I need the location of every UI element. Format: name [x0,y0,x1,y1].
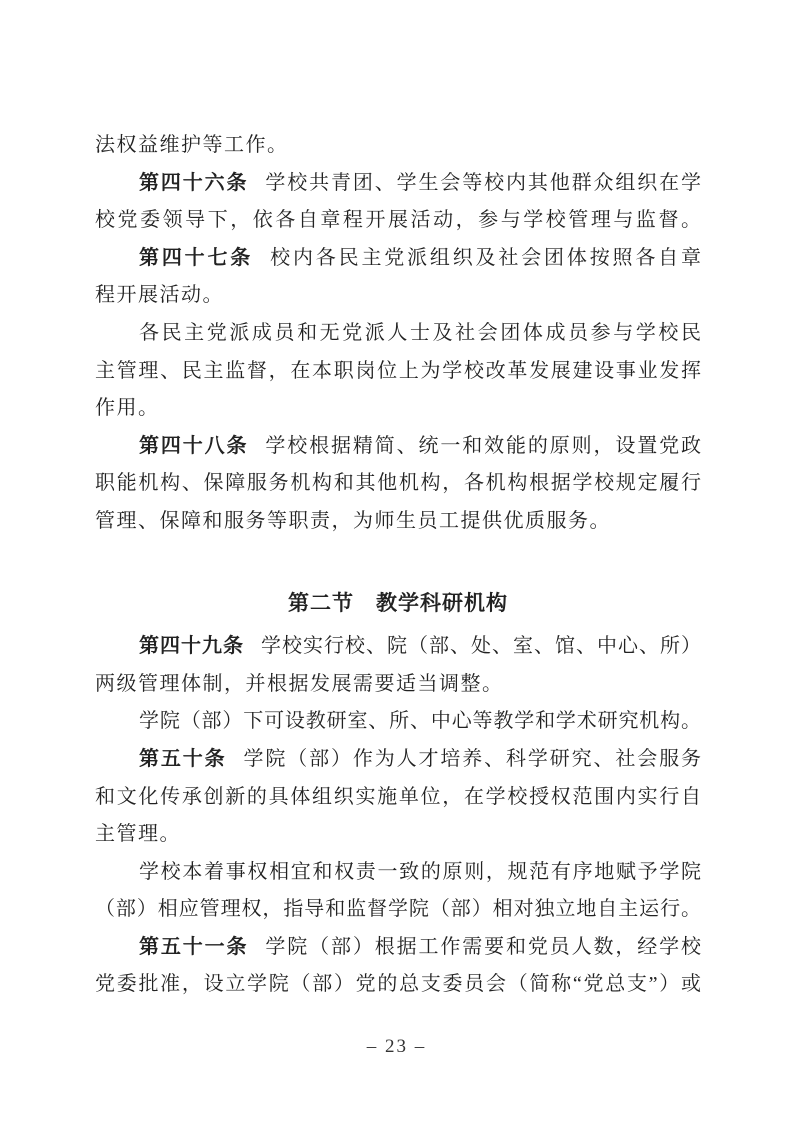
line-text: 法权益维护等工作。 [95,134,289,156]
line-text: 学校实行校、院（部、处、室、馆、中心、所） [261,635,701,657]
line-text: 学校根据精简、统一和效能的原则，设置党政 [265,435,701,457]
text-line: 第五十条学院（部）作为人才培养、科学研究、社会服务 [95,741,701,779]
line-text: 主管理、民主监督，在本职岗位上为学校改革发展建设事业发挥 [95,360,701,382]
text-line: 主管理、民主监督，在本职岗位上为学校改革发展建设事业发挥 [95,353,701,391]
text-line: 学院（部）下可设教研室、所、中心等教学和学术研究机构。 [95,703,701,741]
line-text: 学院（部）下可设教研室、所、中心等教学和学术研究机构。 [139,710,701,732]
page-number: – 23 – [0,1036,793,1058]
text-line: 党委批准，设立学院（部）党的总支委员会（简称“党总支”）或 [95,966,701,1004]
line-text: 党委批准，设立学院（部）党的总支委员会（简称“党总支”）或 [95,973,701,995]
text-line: 各民主党派成员和无党派人士及社会团体成员参与学校民 [95,315,701,353]
text-line: （部）相应管理权，指导和监督学院（部）相对独立地自主运行。 [95,891,701,929]
line-text: 各民主党派成员和无党派人士及社会团体成员参与学校民 [139,322,701,344]
line-text: 校党委领导下，依各自章程开展活动，参与学校管理与监督。 [95,209,701,231]
line-text: 作用。 [95,397,160,419]
line-text: 学院（部）根据工作需要和党员人数，经学校 [265,936,701,958]
text-line: 第四十九条学校实行校、院（部、处、室、馆、中心、所） [95,628,701,666]
line-text: 主管理。 [95,823,181,845]
text-line: 学校本着事权相宜和权责一致的原则，规范有序地赋予学院 [95,854,701,892]
line-text: 管理、保障和服务等职责，为师生员工提供优质服务。 [95,510,611,532]
text-line: 第四十七条校内各民主党派组织及社会团体按照各自章 [95,240,701,278]
text-line: 职能机构、保障服务机构和其他机构，各机构根据学校规定履行 [95,465,701,503]
article-number: 第四十七条 [139,247,253,269]
text-line: 第四十六条学校共青团、学生会等校内其他群众组织在学 [95,165,701,203]
text-line: 法权益维护等工作。 [95,127,701,165]
article-number: 第四十六条 [139,172,248,194]
line-text: 学校共青团、学生会等校内其他群众组织在学 [265,172,701,194]
line-text: 和文化传承创新的具体组织实施单位，在学校授权范围内实行自 [95,786,701,808]
text-line: 第五十一条学院（部）根据工作需要和党员人数，经学校 [95,929,701,967]
document-page: 法权益维护等工作。 第四十六条学校共青团、学生会等校内其他群众组织在学 校党委领… [0,0,793,1121]
text-line: 两级管理体制，并根据发展需要适当调整。 [95,666,701,704]
line-text: 校内各民主党派组织及社会团体按照各自章 [270,247,701,269]
line-text: 学校本着事权相宜和权责一致的原则，规范有序地赋予学院 [139,861,701,883]
text-line: 主管理。 [95,816,701,854]
text-line: 程开展活动。 [95,277,701,315]
line-text: （部）相应管理权，指导和监督学院（部）相对独立地自主运行。 [95,898,701,920]
text-line: 作用。 [95,390,701,428]
line-text: 两级管理体制，并根据发展需要适当调整。 [95,673,504,695]
line-text: 程开展活动。 [95,284,224,306]
text-line: 和文化传承创新的具体组织实施单位，在学校授权范围内实行自 [95,779,701,817]
text-line: 管理、保障和服务等职责，为师生员工提供优质服务。 [95,503,701,541]
article-number: 第五十一条 [139,936,248,958]
text-line: 第四十八条学校根据精简、统一和效能的原则，设置党政 [95,428,701,466]
article-number: 第四十九条 [139,635,244,657]
text-block: 法权益维护等工作。 第四十六条学校共青团、学生会等校内其他群众组织在学 校党委领… [95,127,701,1004]
article-number: 第四十八条 [139,435,248,457]
line-text: 职能机构、保障服务机构和其他机构，各机构根据学校规定履行 [95,472,701,494]
section-heading: 第二节 教学科研机构 [95,585,701,623]
article-number: 第五十条 [139,748,227,770]
line-text: 学院（部）作为人才培养、科学研究、社会服务 [244,748,702,770]
text-line: 校党委领导下，依各自章程开展活动，参与学校管理与监督。 [95,202,701,240]
